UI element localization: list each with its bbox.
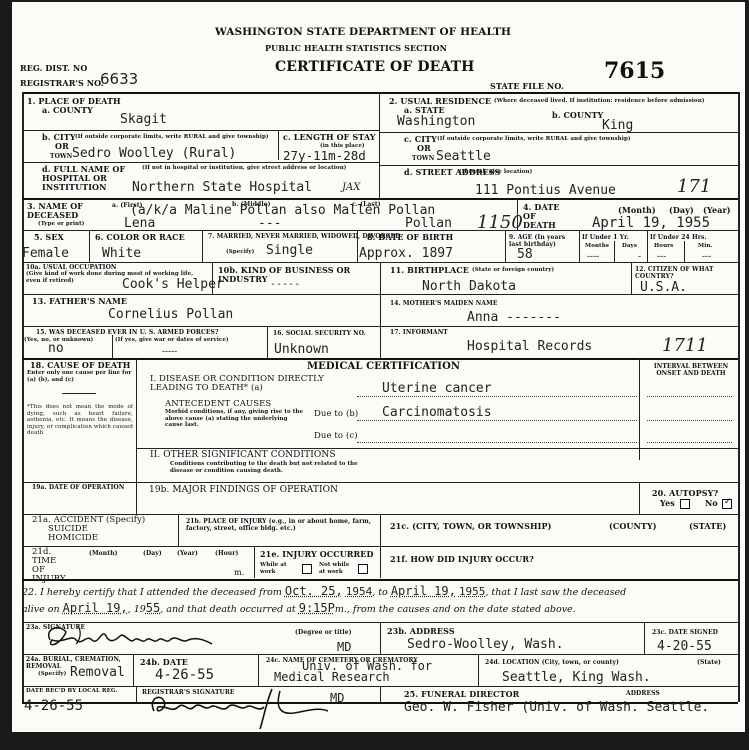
divider (22, 92, 738, 94)
divider (89, 230, 90, 262)
state-file-no: 7615 (604, 58, 665, 84)
residence-county-label: b. COUNTY (552, 111, 603, 120)
operation-findings-label: 19b. MAJOR FINDINGS OF OPERATION (149, 486, 338, 495)
funeral-address-label: ADDRESS (626, 690, 660, 697)
divider (517, 198, 518, 230)
physician-signature (42, 622, 232, 652)
aka-field: (a/k/a Maline Pollan also Mallen Pollan (130, 204, 435, 218)
day-label: (Day) (669, 206, 694, 215)
social-security-label: 16. SOCIAL SECURITY NO. (273, 330, 373, 337)
divider (22, 230, 738, 231)
occupation-field: Cook's Helper (122, 278, 224, 292)
while-at-work-label: While at work (260, 562, 290, 575)
injury-city-label: 21c. (CITY, TOWN, OR TOWNSHIP) (390, 522, 551, 531)
certificate-title: CERTIFICATE OF DEATH (275, 59, 474, 75)
part2-note: Conditions contributing to the death but… (170, 461, 370, 474)
armed-forces-note-b: (If yes, give war or dates of service) (115, 337, 229, 344)
stay-label: c. LENGTH OF STAY (283, 133, 376, 142)
divider (380, 514, 381, 546)
citizen-label: 12. CITIZEN OF WHAT COUNTRY? (635, 266, 735, 280)
divider (278, 130, 279, 160)
section-heading: PUBLIC HEALTH STATISTICS SECTION (265, 44, 447, 53)
death-certificate: WASHINGTON STATE DEPARTMENT OF HEALTH PU… (12, 2, 745, 732)
divider (112, 335, 113, 358)
birth-date-label: 8. DATE OF BIRTH (367, 233, 453, 242)
divider (22, 482, 738, 483)
county-label: a. COUNTY (42, 106, 93, 115)
how-injury-label: 21f. HOW DID INJURY OCCUR? (390, 555, 534, 564)
part1-label: I. DISEASE OR CONDITION DIRECTLY LEADING… (150, 375, 358, 393)
father-label: 13. FATHER'S NAME (32, 297, 127, 306)
operation-date-label: 19a. DATE OF OPERATION (32, 484, 124, 491)
residence-note: (Where deceased lived. If institution: r… (494, 98, 734, 105)
antecedent-note: Morbid conditions, if any, giving rise t… (165, 409, 305, 429)
disposition-date-label: 24b. DATE (140, 658, 188, 667)
degree-field: MD (337, 640, 351, 654)
divider (136, 482, 137, 514)
funeral-director-label: 25. FUNERAL DIRECTOR (404, 690, 519, 699)
hours-label: Hours (654, 243, 673, 250)
divider (22, 130, 379, 131)
under-24hr-label: If Under 24 Hrs. (650, 234, 707, 241)
part2-label: II. OTHER SIGNIFICANT CONDITIONS (150, 451, 336, 460)
certify-text-4: , and that death occurred at (160, 604, 295, 615)
city-note: (If outside corporate limits, write RURA… (75, 134, 271, 141)
divider (478, 654, 479, 686)
divider (22, 654, 738, 655)
interval-b-line (647, 420, 732, 421)
certify-text-5: m., from the causes and on the date stat… (335, 604, 576, 615)
occupation-label: 10a. USUAL OCCUPATION (26, 264, 117, 271)
age-label: 9. AGE (In years last birthday) (509, 234, 579, 248)
alive-year-field: 55 (146, 601, 160, 615)
divider (505, 230, 506, 262)
or-label: OR (417, 144, 431, 153)
stay-field: 27y-11m-28d (283, 149, 366, 163)
hospital-code: JAX (342, 182, 360, 193)
injury-state-label: (STATE) (689, 522, 726, 531)
certify-text-2: , that I last saw the deceased (485, 587, 626, 598)
funeral-director-field: Geo. W. Fisher (Univ. of Wash. Seattle. (404, 701, 709, 715)
divider (579, 230, 580, 262)
cause-a-line (357, 396, 637, 397)
middle-name-field: --- (258, 217, 281, 231)
attended-to-year-field: 1955 (459, 585, 486, 598)
residence-city-field: Seattle (436, 150, 491, 164)
or-label: OR (55, 142, 69, 151)
date-of-death-label: 4. DATE OF DEATH (523, 203, 567, 230)
month-label: (Month) (618, 206, 656, 215)
min-label: Min. (698, 243, 713, 250)
homicide-label: HOMICIDE (48, 534, 98, 543)
birthplace-note: (State or foreign country) (472, 267, 554, 274)
divider (22, 198, 738, 200)
divider (380, 262, 381, 294)
place-of-injury-label: 21b. PLACE OF INJURY (e.g., in or about … (186, 518, 376, 532)
autopsy-label: 20. AUTOPSY? (652, 489, 718, 498)
divider (212, 262, 213, 294)
registrar-no: 6633 (100, 72, 138, 86)
residence-city-note: (If outside corporate limits, write RURA… (437, 136, 631, 143)
birthplace-field: North Dakota (422, 280, 516, 294)
social-security-field: Unknown (274, 343, 329, 357)
armed-forces-field: no (48, 342, 64, 356)
divider (380, 294, 381, 326)
divider (738, 92, 740, 702)
cause-c-line (357, 442, 637, 443)
not-while-at-work-checkbox[interactable] (358, 564, 368, 574)
informant-label: 17. INFORMANT (390, 329, 448, 336)
date-signed-field: 4-20-55 (657, 640, 712, 654)
divider (22, 162, 379, 163)
physician-address-field: Sedro-Woolley, Wash. (407, 638, 564, 652)
divider (22, 579, 738, 581)
sex-field: Female (22, 247, 69, 261)
sex-label: 5. SEX (34, 233, 64, 242)
business-field: ----- (270, 278, 300, 292)
divider (379, 132, 738, 133)
autopsy-no-checkbox[interactable]: ✓ (722, 499, 732, 509)
cause-label: 18. CAUSE OF DEATH (30, 361, 130, 370)
injury-month-label: (Month) (89, 550, 118, 557)
autopsy-no-label: No (705, 499, 718, 508)
street-code: 171 (677, 176, 711, 197)
interval-c-line (647, 442, 732, 443)
medical-certification-title: MEDICAL CERTIFICATION (307, 362, 460, 371)
divider (639, 358, 640, 460)
divider (62, 393, 96, 394)
attended-to-field: April 19, (391, 584, 456, 598)
injury-occurred-label: 21e. INJURY OCCURRED (260, 550, 374, 559)
divider (647, 230, 648, 262)
death-time-field: 9:15P (299, 601, 335, 615)
divider (202, 230, 203, 262)
cause-b-field: Carcinomatosis (382, 406, 492, 420)
divider (254, 546, 255, 578)
divider (133, 654, 134, 686)
marital-specify: (Specify) (226, 249, 254, 256)
name-label: 3. NAME OF DECEASED (27, 202, 107, 220)
divider (258, 654, 259, 686)
divider (380, 326, 381, 358)
death-county-field: Skagit (120, 113, 167, 127)
degree-label: (Degree or title) (295, 629, 352, 636)
divider (639, 482, 640, 514)
autopsy-yes-checkbox[interactable] (680, 499, 690, 509)
race-field: White (102, 247, 141, 261)
alive-year-prefix: , 19 (128, 604, 146, 615)
divider (379, 92, 380, 198)
divider (614, 241, 615, 262)
cause-footnote: *This does not mean the mode of dying, s… (27, 404, 133, 437)
hospital-field: Northern State Hospital (132, 181, 312, 195)
divider (380, 622, 381, 654)
divider (136, 448, 738, 449)
disposition-field: Removal (70, 666, 125, 680)
attended-from-field: Oct. 25, (285, 584, 343, 598)
autopsy-yes-label: Yes (660, 499, 675, 508)
check-mark-icon: ✓ (724, 497, 732, 507)
divider (380, 686, 381, 702)
cause-note: Enter only one cause per line for (a) (b… (27, 370, 133, 383)
not-while-at-work-label: Not while at work (319, 562, 355, 575)
injury-hour-label: (Hour) (215, 550, 238, 557)
marital-field: Single (266, 244, 313, 258)
date-signed-label: 23c. DATE SIGNED (652, 629, 718, 636)
days-label: Days (622, 243, 637, 250)
divider (267, 326, 268, 358)
hospital-label: d. FULL NAME OF HOSPITAL OR INSTITUTION (42, 165, 132, 192)
business-label: 10b. KIND OF BUSINESS OR INDUSTRY (218, 266, 388, 284)
location-label: 24d. LOCATION (City, town, or county) (485, 659, 619, 666)
divider (178, 514, 179, 546)
divider (644, 622, 645, 654)
attended-from-year-field: 1954 (346, 585, 373, 598)
citizen-field: U.S.A. (640, 281, 687, 295)
divider (379, 165, 738, 166)
date-of-death-field: April 19, 1955 (592, 216, 710, 230)
registrar-title: MD (330, 691, 344, 705)
antecedent-label: ANTECEDENT CAUSES (165, 400, 271, 409)
due-to-b-label: Due to (b) (314, 410, 358, 419)
reg-dist-label: REG. DIST. NO (20, 64, 87, 73)
while-at-work-checkbox[interactable] (302, 564, 312, 574)
father-field: Cornelius Pollan (108, 308, 233, 322)
divider (357, 230, 358, 262)
residence-state-field: Washington (397, 115, 475, 129)
date-received-label: DATE REC'D BY LOCAL REG. (26, 688, 136, 695)
physician-address-label: 23b. ADDRESS (387, 627, 455, 636)
informant-code: 1711 (662, 335, 708, 356)
certify-text-3: alive on (22, 604, 60, 615)
first-name-field: Lena (124, 217, 155, 231)
last-name-field: Pollan (405, 217, 452, 231)
certify-text-1: 22. I hereby certify that I attended the… (22, 587, 282, 598)
state-file-label: STATE FILE NO. (490, 82, 564, 91)
age-field: 58 (517, 248, 533, 262)
mother-label: 14. MOTHER'S MAIDEN NAME (390, 300, 498, 307)
interval-label: INTERVAL BETWEEN ONSET AND DEATH (648, 363, 734, 377)
residence-county-field: King (602, 119, 633, 133)
department-heading: WASHINGTON STATE DEPARTMENT OF HEALTH (215, 28, 511, 37)
year-label: (Year) (703, 206, 731, 215)
divider (136, 686, 137, 702)
service-field: ----- (162, 347, 177, 357)
mother-field: Anna ------- (467, 311, 561, 325)
street-field: 111 Pontius Avenue (475, 184, 616, 198)
days-field: - (638, 252, 641, 262)
certification-statement: 22. I hereby certify that I attended the… (22, 584, 738, 618)
name-type-note: (Type or print) (38, 221, 85, 228)
months-label: Months (585, 243, 609, 250)
town-label: TOWN (412, 155, 434, 162)
hours-field: --- (657, 252, 666, 262)
due-to-c-label: Due to (c) (314, 432, 358, 441)
min-field: --- (702, 252, 711, 262)
divider (136, 358, 137, 482)
injury-county-label: (COUNTY) (609, 522, 657, 531)
certify-to-text: , to (372, 587, 388, 598)
under-1yr-label: If Under 1 Yr. (582, 234, 629, 241)
disposition-date-field: 4-26-55 (155, 668, 214, 682)
cemetery-field-line2: Medical Research (274, 671, 390, 683)
hospital-note: (If not in hospital or institution, give… (142, 165, 372, 172)
town-label: TOWN (50, 153, 72, 160)
divider (631, 262, 632, 294)
alive-on-field: April 19, (63, 601, 128, 615)
location-field: Seattle, King Wash. (502, 671, 651, 685)
injury-m-label: m. (234, 568, 244, 577)
location-state-label: (State) (697, 659, 721, 666)
registrar-signature (142, 685, 352, 733)
race-label: 6. COLOR OR RACE (95, 233, 185, 242)
interval-a-line (647, 396, 732, 397)
months-field: ---- (587, 252, 599, 262)
date-received-field: 4-26-55 (24, 699, 83, 713)
injury-year-label: (Year) (177, 550, 198, 557)
birthplace-label: 11. BIRTHPLACE (390, 266, 469, 275)
injury-day-label: (Day) (143, 550, 162, 557)
death-city-field: Sedro Woolley (Rural) (72, 147, 236, 161)
birth-date-field: Approx. 1897 (359, 247, 453, 261)
cause-b-line (357, 420, 637, 421)
divider (380, 546, 381, 578)
divider (684, 241, 685, 262)
street-note: (If rural, give location) (459, 169, 532, 176)
armed-forces-label: 15. WAS DECEASED EVER IN U. S. ARMED FOR… (36, 329, 219, 336)
registrar-no-label: REGISTRAR'S NO. (20, 79, 104, 88)
informant-field: Hospital Records (467, 340, 592, 354)
cause-a-field: Uterine cancer (382, 382, 492, 396)
disposition-specify: (Specify) (38, 671, 66, 678)
